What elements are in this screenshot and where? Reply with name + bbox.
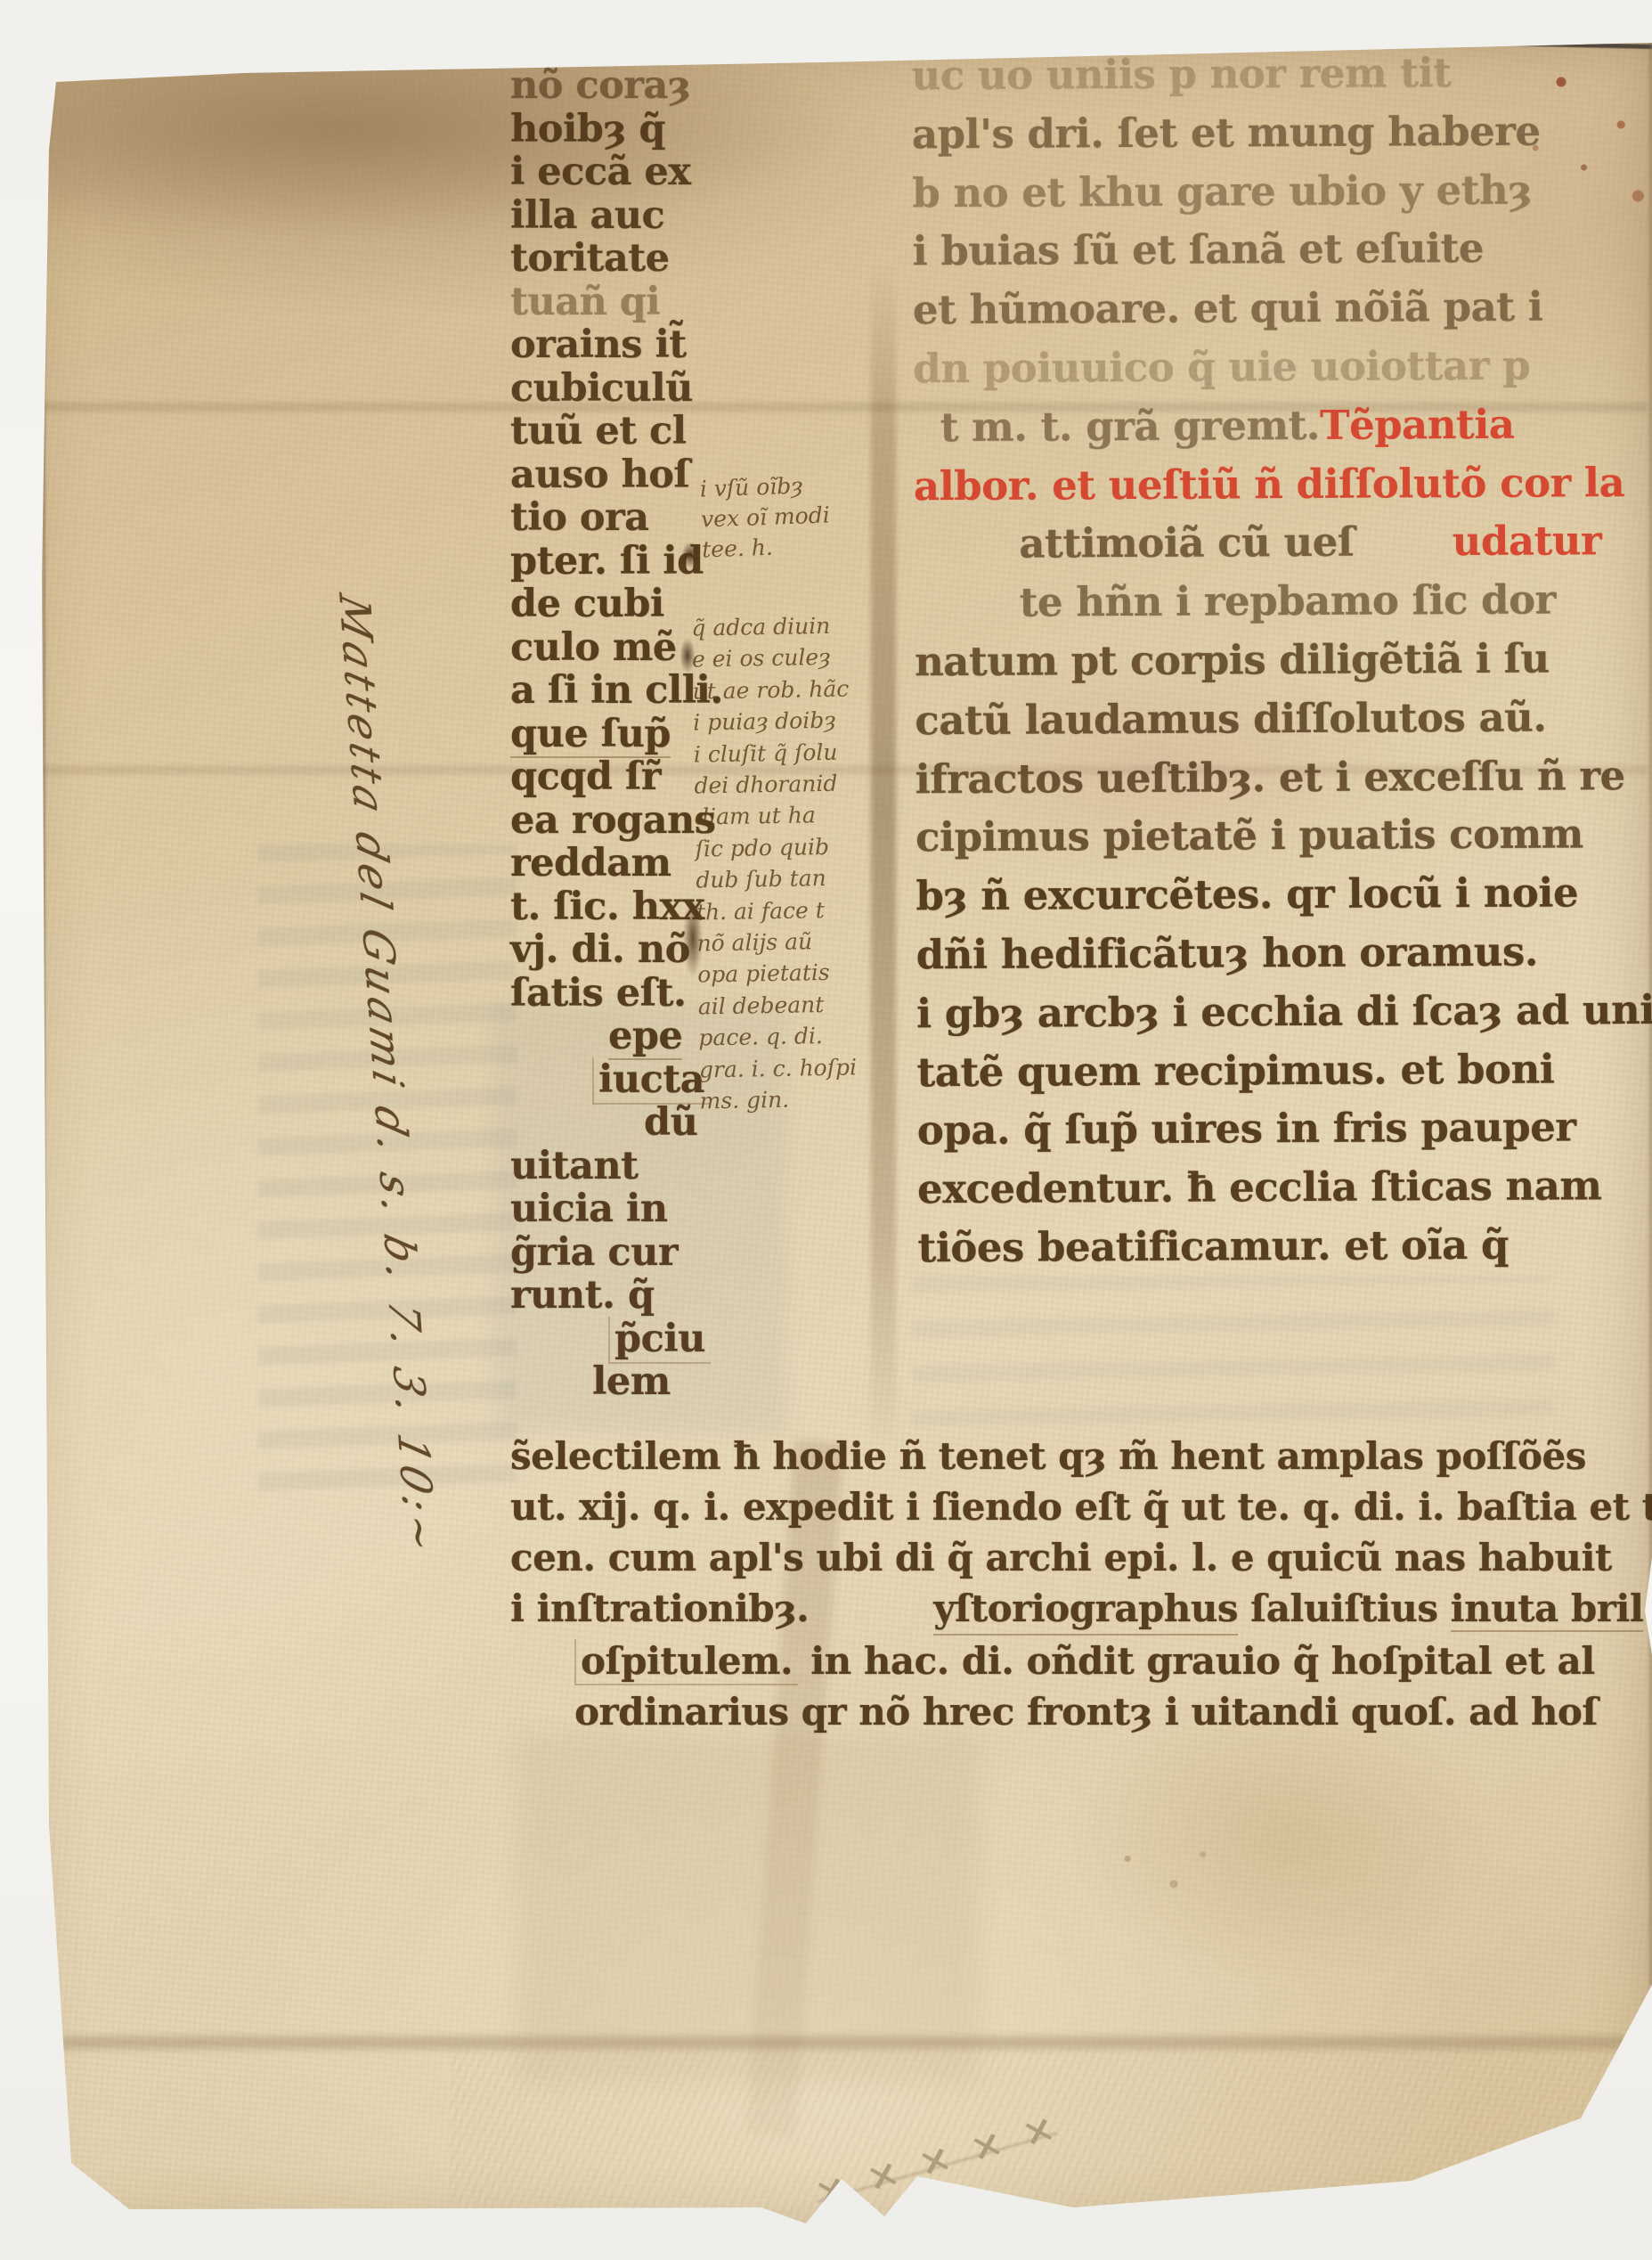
- text-line: lem: [592, 1360, 804, 1404]
- rubric-heading: udatur: [1453, 512, 1602, 572]
- text-line: ordinarius qr nõ hrec frontȝ i uitandi q…: [574, 1686, 1652, 1737]
- text-line: ifractos ueſtibȝ. et i exceſſu ñ re: [916, 746, 1652, 808]
- gloss-line: i vſũ oĩbȝ: [699, 470, 829, 505]
- text-line: i gbȝ arcbȝ i ecchia di ſcaȝ ad uni: [916, 980, 1652, 1042]
- text-line: cen. cum apl's ubi di q̃ archi epi. l. e…: [510, 1532, 1652, 1583]
- text-line: s̃electilem ħ hodie ñ tenet qȝ m̃ hent a…: [510, 1431, 1652, 1481]
- gloss-line: ſic pdo quib: [695, 830, 853, 864]
- text-line: opa. q̃ ſup̃ uires in fris pauper: [917, 1097, 1652, 1160]
- text-line: dn poiuuico q̃ uie uoiottar p: [913, 336, 1652, 398]
- marginal-gloss-lower: q̃ adca diuin e ei os culeȝ ut ae rob. h…: [691, 609, 858, 1117]
- text-line: toritate: [510, 237, 804, 281]
- gloss-line: th. ai face t: [696, 893, 855, 927]
- gloss-line: opa pietatis: [697, 957, 856, 991]
- text-line: tatẽ quem recipimus. et boni: [916, 1039, 1652, 1101]
- text-line: g̃ria cur: [510, 1231, 804, 1275]
- text-line: apl's dri. ſet et mung habere: [912, 102, 1652, 164]
- leaf-top-edge: [53, 43, 1652, 49]
- text-line: nõ coraȝ: [510, 64, 804, 108]
- stitch-repair: × × × × × ×: [810, 2101, 1075, 2232]
- text-line: runt. q̃: [510, 1274, 804, 1318]
- text-line: illa auc: [510, 194, 804, 238]
- text-line: orains it̃: [510, 323, 804, 367]
- text-line: uc uo uniis p nor rem tit: [911, 43, 1652, 105]
- text-line: uicia in: [510, 1187, 804, 1231]
- text-line: excedentur. ħ ecclia ſticas nam: [917, 1156, 1652, 1219]
- text-line: i inſtrationibȝ.yſtoriographus ſaluiſtiu…: [510, 1583, 1652, 1636]
- gloss-line: ms. gin.: [699, 1083, 858, 1117]
- crease-stain: [871, 265, 896, 1450]
- text-line: tuũ et cl: [510, 410, 804, 453]
- text-line: natum pt corpis diligẽtiã i ſu: [915, 629, 1652, 691]
- stain: [1104, 1833, 1220, 1918]
- text-line: et hũmoare. et qui nõiã pat i: [913, 277, 1652, 339]
- text-line: tiões beatificamur. et oĩa q̃: [917, 1215, 1652, 1277]
- text-line: hoibȝ q̃: [510, 108, 804, 151]
- parchment-leaf: nõ coraȝ hoibȝ q̃ i eccã ex illa auc tor…: [22, 43, 1652, 2234]
- text-line: ut. xij. q. i. expedit i ſiendo eſt q̃ u…: [510, 1481, 1652, 1532]
- text-line: attimoiã cũ ueſudatur: [914, 511, 1652, 574]
- lower-text-block: s̃electilem ħ hodie ñ tenet qȝ m̃ hent a…: [510, 1431, 1652, 1737]
- text-line: tuañ qi: [510, 281, 804, 324]
- rubric-line: albor. et ueſtiũ ñ diſſolutõ cor la: [914, 453, 1652, 515]
- text-line: i eccã ex: [510, 151, 804, 194]
- gloss-line: ut ae rob. hãc: [692, 673, 850, 706]
- gloss-line: vex oĩ modi: [700, 500, 830, 534]
- text-line: uitant: [510, 1145, 804, 1188]
- manuscript-photo: nõ coraȝ hoibȝ q̃ i eccã ex illa auc tor…: [0, 0, 1652, 2260]
- marginal-gloss-upper: i vſũ oĩbȝ vex oĩ modi tee. h.: [699, 470, 831, 566]
- gloss-line: q̃ adca diuin: [691, 609, 850, 643]
- gloss-line: i puiaȝ doibȝ: [693, 705, 851, 738]
- gloss-line: e ei os culeȝ: [692, 641, 850, 675]
- gloss-line: gra. i. c. hoſpi: [699, 1051, 858, 1085]
- text-line: bȝ ñ excurcẽtes. qr locũ i noie: [916, 863, 1652, 926]
- text-line: cipimus pietatẽ i puatis comm: [916, 804, 1652, 867]
- text-line: catũ laudamus diſſolutos aũ.: [915, 688, 1652, 750]
- right-text-column: uc uo uniis p nor rem tit apl's dri. ſet…: [911, 43, 1652, 1277]
- text-line: t m. t. grã gremt. Tẽpantia: [913, 395, 1652, 457]
- gloss-line: tee. h.: [702, 530, 832, 565]
- bleed-through: [913, 1277, 1554, 1432]
- text-line: dñi hedificãtuȝ hon oramus.: [916, 922, 1652, 984]
- text-line: oſpitulem. in hac. di. oñdit grauio q̃ h…: [574, 1636, 1652, 1686]
- gloss-line: nõ alijs aũ: [696, 926, 855, 959]
- gloss-line: i cluſit q̃ ſolu: [694, 736, 852, 770]
- rubric-heading: Tẽpantia: [1320, 401, 1515, 449]
- diagonal-inscription: Mattetta del Guami d. s. b. 7. 3. 10:~: [329, 590, 445, 1562]
- leaf-left-edge: [43, 96, 45, 2163]
- gloss-line: diam ut ha: [695, 799, 853, 833]
- fold-line: [31, 2036, 1648, 2049]
- text-line: i buias ſũ et ſanã et eſuite: [912, 218, 1652, 281]
- gloss-line: ail debeant: [697, 988, 856, 1022]
- text-line: p̃ciu: [608, 1318, 804, 1361]
- text-line: cubiculũ: [510, 367, 804, 411]
- stain: [517, 1735, 980, 2083]
- gloss-line: dei dhoranid: [694, 768, 852, 802]
- text-line: b no et khu gare ubio y ethȝ: [912, 159, 1652, 222]
- text-line: te hñn i repbamo ſic dor: [914, 570, 1652, 632]
- gloss-line: dub ſub tan: [696, 862, 854, 896]
- gloss-line: pace. q. di.: [698, 1020, 857, 1054]
